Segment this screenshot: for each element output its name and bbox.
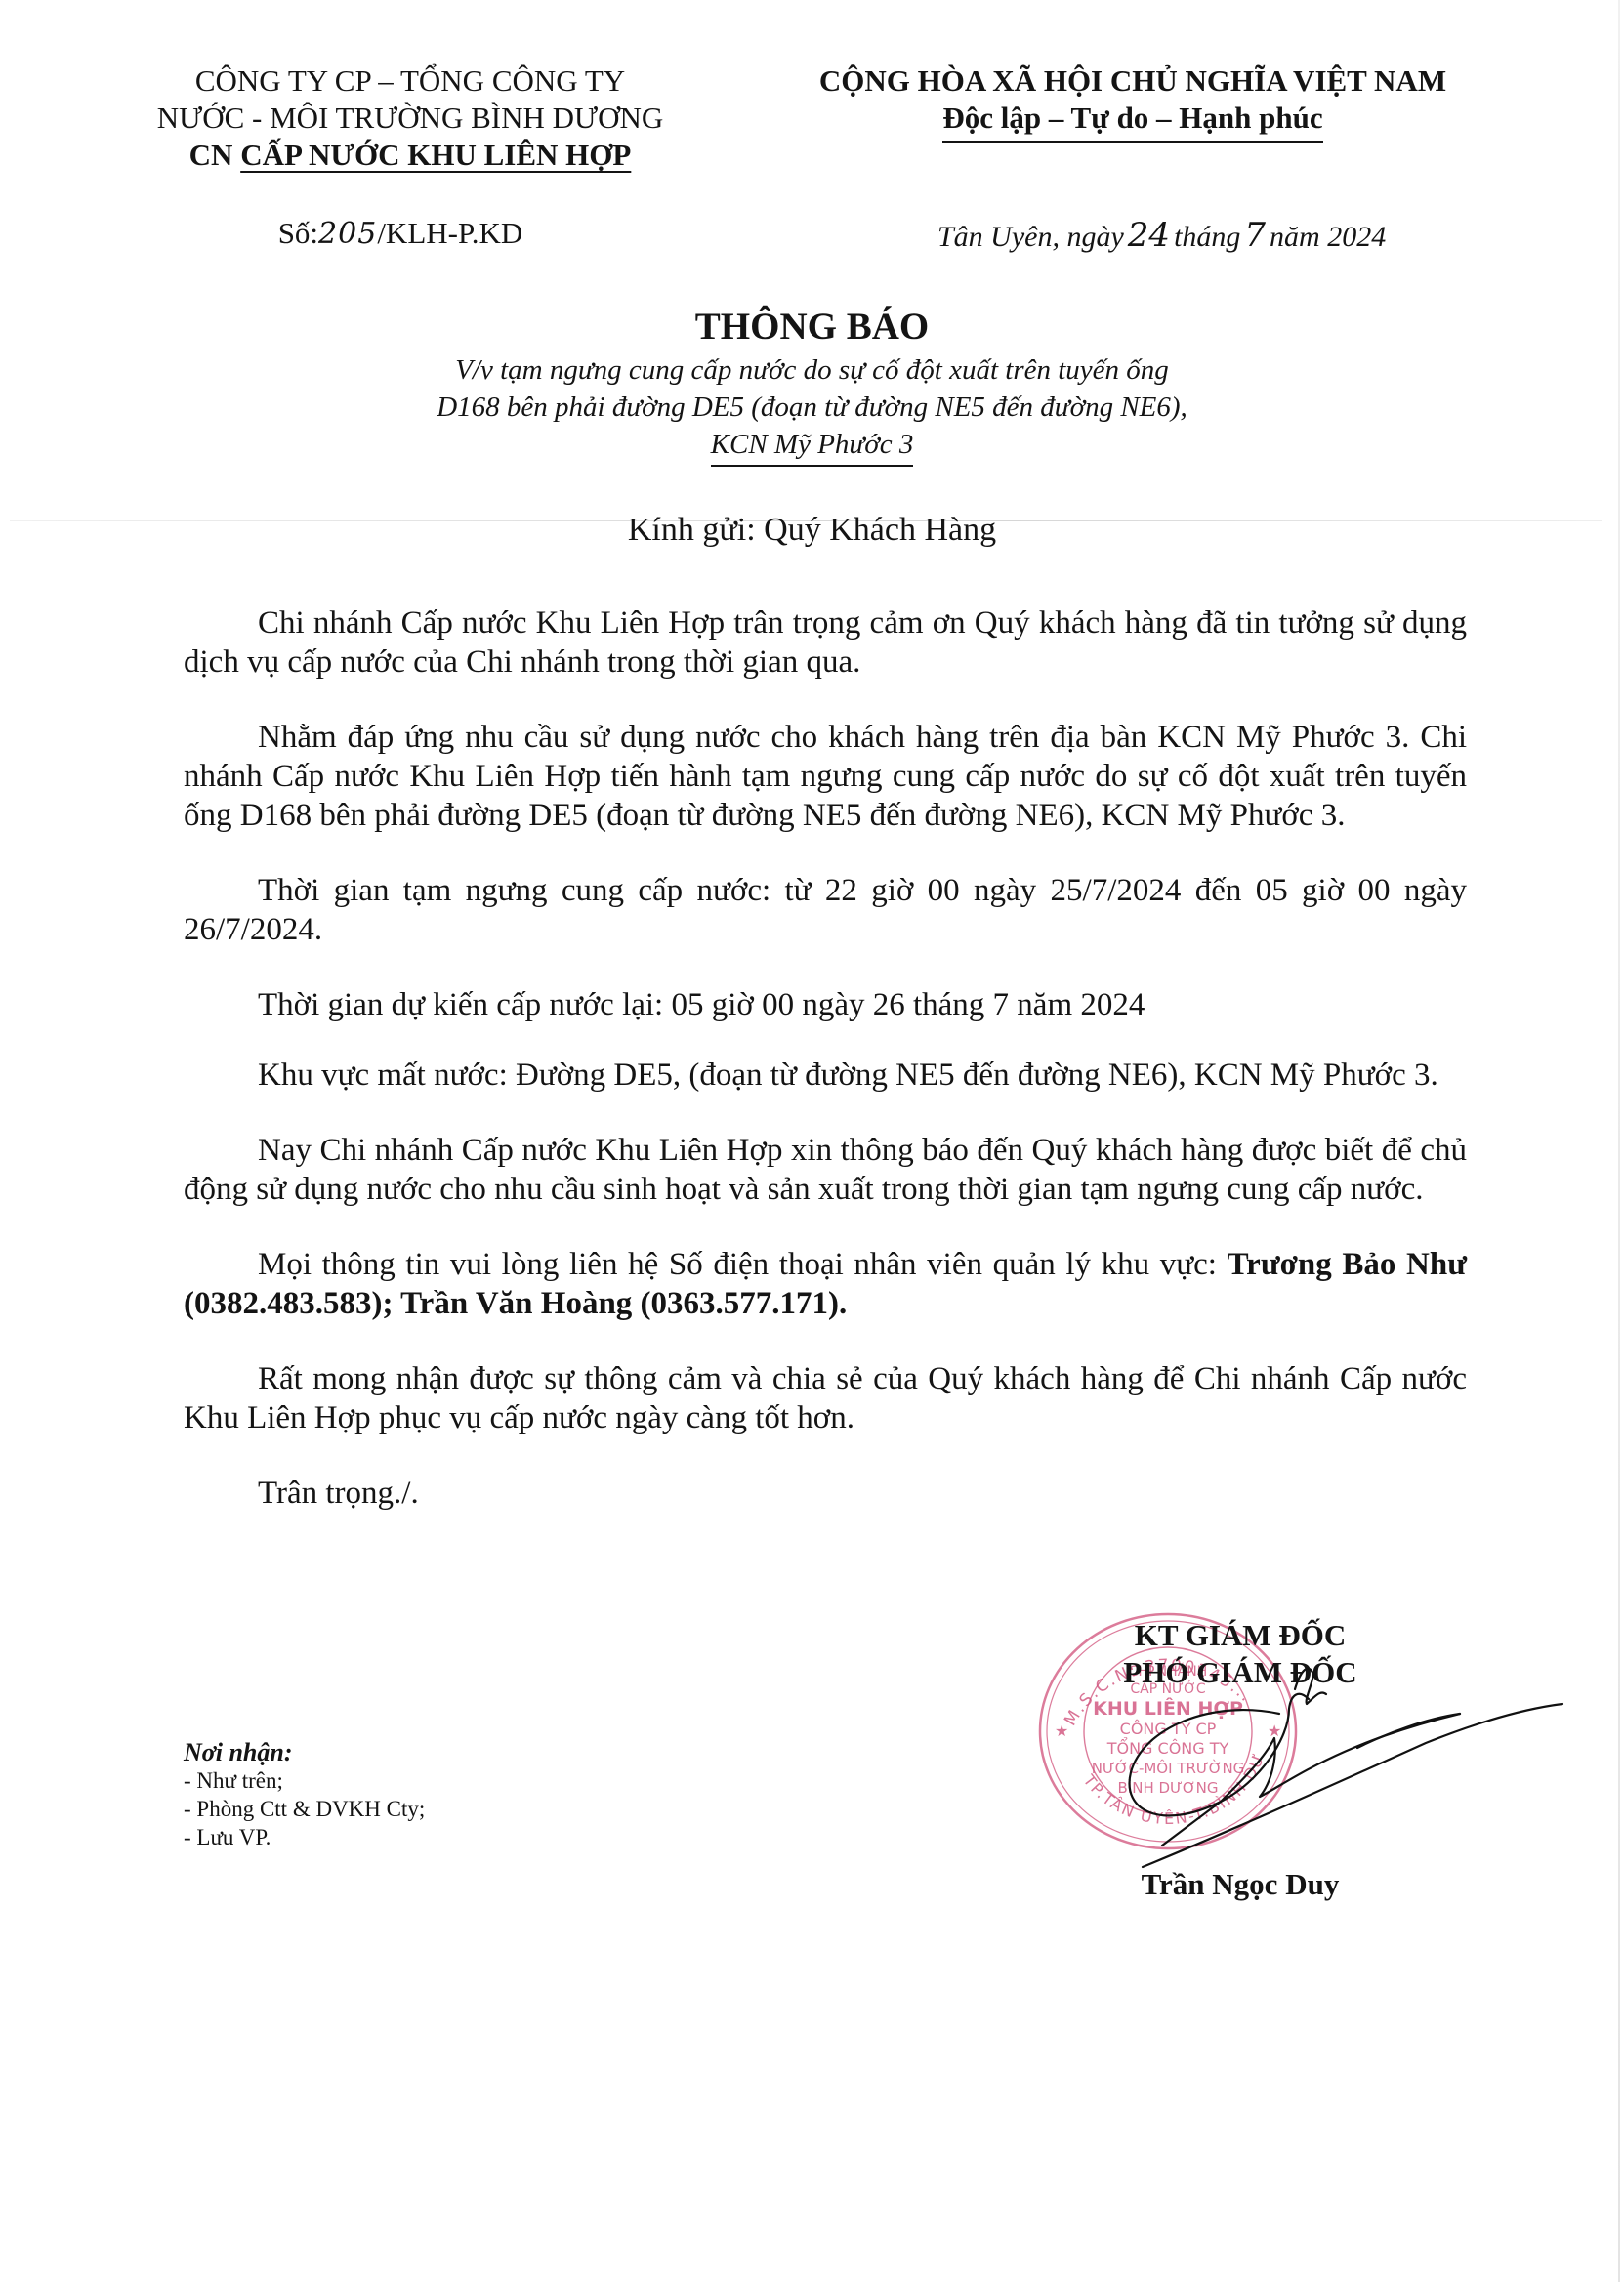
signatory-name: Trần Ngọc Duy — [1064, 1867, 1416, 1902]
date-place-prefix: Tân Uyên, ngày — [937, 221, 1124, 253]
paragraph-outage-time: Thời gian tạm ngưng cung cấp nước: từ 22… — [184, 871, 1467, 949]
issuer-branch-prefix: CN — [189, 138, 241, 172]
date-month-label: tháng — [1174, 221, 1240, 253]
issuer-branch: CN CẤP NƯỚC KHU LIÊN HỢP — [117, 137, 703, 174]
letter-body: Chi nhánh Cấp nước Khu Liên Hợp trân trọ… — [184, 603, 1467, 1549]
nation-name: CỘNG HÒA XÃ HỘI CHỦ NGHĨA VIỆT NAM — [771, 62, 1494, 100]
issuer-parent-line1: CÔNG TY CP – TỔNG CÔNG TY — [117, 62, 703, 100]
paragraph-closing-wish: Rất mong nhận được sự thông cảm và chia … — [184, 1359, 1467, 1437]
paragraph-purpose: Nhằm đáp ứng nhu cầu sử dụng nước cho kh… — [184, 718, 1467, 835]
recipients-block: Nơi nhận: - Như trên; - Phòng Ctt & DVKH… — [184, 1738, 425, 1851]
doc-number-prefix: Số: — [278, 216, 318, 250]
date-year-label: năm 2024 — [1270, 221, 1386, 253]
recipient-item: - Phòng Ctt & DVKH Cty; — [184, 1795, 425, 1823]
subject-line-3: KCN Mỹ Phước 3 — [711, 426, 914, 467]
paragraph-contact: Mọi thông tin vui lòng liên hệ Số điện t… — [184, 1245, 1467, 1323]
national-header: CỘNG HÒA XÃ HỘI CHỦ NGHĨA VIỆT NAM Độc l… — [771, 62, 1494, 143]
closing-regards: Trân trọng./. — [184, 1473, 1467, 1513]
issuer-header: CÔNG TY CP – TỔNG CÔNG TY NƯỚC - MÔI TRƯ… — [117, 62, 703, 174]
document-subject: V/v tạm ngưng cung cấp nước do sự cố đột… — [0, 352, 1624, 467]
salutation: Kính gửi: Quý Khách Hàng — [0, 512, 1624, 549]
paragraph-affected-area: Khu vực mất nước: Đường DE5, (đoạn từ đư… — [184, 1056, 1467, 1095]
issuer-branch-name: CẤP NƯỚC KHU LIÊN HỢP — [240, 138, 631, 172]
document-number: Số:205/KLH-P.KD — [195, 216, 605, 251]
subject-line-1: V/v tạm ngưng cung cấp nước do sự cố đột… — [0, 352, 1624, 389]
date-month-handwritten: 7 — [1240, 216, 1270, 255]
paragraph-notice: Nay Chi nhánh Cấp nước Khu Liên Hợp xin … — [184, 1131, 1467, 1209]
national-motto: Độc lập – Tự do – Hạnh phúc — [942, 100, 1322, 143]
date-day-handwritten: 24 — [1124, 216, 1174, 255]
recipient-item: - Lưu VP. — [184, 1823, 425, 1851]
document-title: THÔNG BÁO — [0, 305, 1624, 349]
subject-line-2: D168 bên phải đường DE5 (đoạn từ đường N… — [0, 389, 1624, 426]
contact-intro: Mọi thông tin vui lòng liên hệ Số điện t… — [258, 1247, 1228, 1282]
doc-number-handwritten: 205 — [318, 217, 377, 251]
paragraph-restore-time: Thời gian dự kiến cấp nước lại: 05 giờ 0… — [184, 985, 1467, 1024]
paragraph-thanks: Chi nhánh Cấp nước Khu Liên Hợp trân trọ… — [184, 603, 1467, 682]
doc-number-suffix: /KLH-P.KD — [377, 216, 522, 250]
document-date: Tân Uyên, ngày24tháng7năm 2024 — [937, 216, 1386, 255]
recipients-heading: Nơi nhận: — [184, 1738, 425, 1766]
recipient-item: - Như trên; — [184, 1766, 425, 1795]
issuer-parent-line2: NƯỚC - MÔI TRƯỜNG BÌNH DƯƠNG — [117, 100, 703, 137]
